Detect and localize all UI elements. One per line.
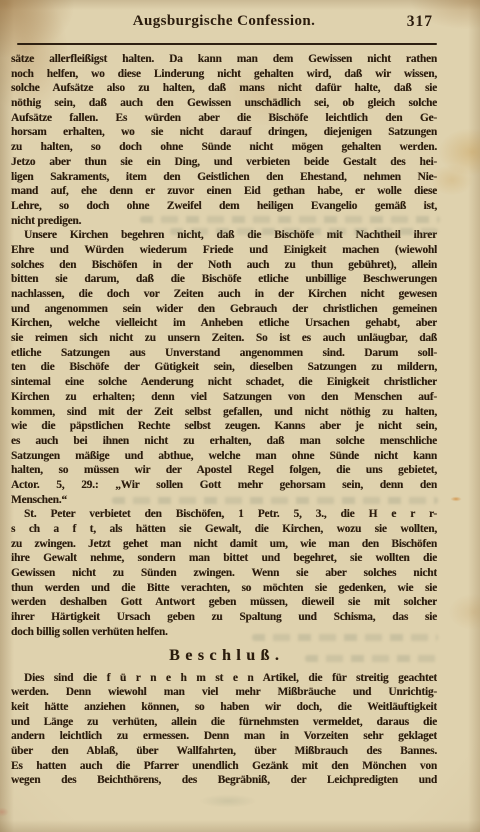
text-line: kommen, sind mit der Zeit selbst gefalle… xyxy=(11,405,437,420)
text-line: wegen des Beichthörens, des Begräbniß, d… xyxy=(11,773,437,788)
text-line: andern leichtlich zu ermessen. Denn man … xyxy=(11,729,437,744)
text-line: noch helfen, wo diese Linderung nicht ge… xyxy=(11,67,437,82)
text-line: nachlassen, die doch vor Zeiten auch in … xyxy=(11,287,437,302)
text-line: Ehre und Würden wiederum Friede und Eini… xyxy=(11,243,437,258)
text-line: solche Aufsätze also zu halten, daß mans… xyxy=(11,81,437,96)
text-line: und angenommen sein wider den Gebrauch d… xyxy=(11,302,437,317)
page-header: Augsburgische Confession. 317 xyxy=(11,13,437,35)
text-line: Dies sind die f ü r n e h m st e n Artik… xyxy=(11,671,437,686)
text-line: thun werden und die Bitte verachten, so … xyxy=(11,581,437,596)
text-line: Actor. 5, 29.: „Wir sollen Gott mehr geh… xyxy=(11,478,437,493)
text-line: Kirchen, welche vielleicht im Anheben et… xyxy=(11,316,437,331)
text-block: sätze allerfleißigst halten. Da kann man… xyxy=(11,52,437,788)
text-line: Kirchen zu erhalten; denn viel Satzungen… xyxy=(11,390,437,405)
text-line: s ch a f t, als hätten sie Gewalt, die K… xyxy=(11,522,437,537)
text-line: keit hätte anziehen können, so haben wir… xyxy=(11,700,437,715)
paragraph: St. Peter verbietet den Bischöfen, 1 Pet… xyxy=(11,507,437,639)
text-line: werden. Denn wiewohl man viel mehr Mißbr… xyxy=(11,685,437,700)
page-number: 317 xyxy=(407,13,433,31)
text-line: es auch bei ihnen nicht zu erhalten, daß… xyxy=(11,434,437,449)
text-line: etliche Satzungen aus Unverstand angenom… xyxy=(11,346,437,361)
text-line: sintemal eine solche Aenderung nicht sch… xyxy=(11,375,437,390)
bleedthrough-mark xyxy=(112,497,438,504)
running-title: Augsburgische Confession. xyxy=(11,13,437,30)
text-line: bitten sie darum, daß die Bischöfe etlic… xyxy=(11,272,437,287)
header-divider-rule xyxy=(17,43,437,45)
text-line: ihrer Härtigkeit Ursach geben zu Spaltun… xyxy=(11,610,437,625)
text-line: zu zwingen. Jetzt gehet man nicht damit … xyxy=(11,537,437,552)
paragraph: Unsere Kirchen begehren nicht, daß die B… xyxy=(11,228,437,507)
text-line: über den Ablaß, über Wallfahrten, über M… xyxy=(11,744,437,759)
text-line: mand auf, ehe denn er zuvor einen Eid ge… xyxy=(11,184,437,199)
text-line: Satzungen mäßige und abthue, welche man … xyxy=(11,449,437,464)
text-line: solches den Bischöfen in der Noth auch z… xyxy=(11,258,437,273)
bleedthrough-mark xyxy=(305,655,437,662)
bleedthrough-mark xyxy=(140,216,440,223)
text-line: Aufsätze fallen. Es würden aber die Bisc… xyxy=(11,111,437,126)
text-line: werden deshalben Gott Antwort geben müss… xyxy=(11,595,437,610)
book-page: Augsburgische Confession. 317 sätze alle… xyxy=(0,0,480,832)
text-line: wie die päpstlichen Rechte selbst zeugen… xyxy=(11,419,437,434)
text-line: ihre Gewalt nehme, sondern man bittet un… xyxy=(11,551,437,566)
bleedthrough-mark xyxy=(252,634,438,641)
text-line: Gewissen nicht zu Sünden zwingen. Wenn s… xyxy=(11,566,437,581)
text-line: St. Peter verbietet den Bischöfen, 1 Pet… xyxy=(11,507,437,522)
text-line: horsam erhalten, wo sie nicht darauf dri… xyxy=(11,125,437,140)
text-line: Jetzo aber thun sie ein Ding, und verbie… xyxy=(11,155,437,170)
text-line: zu halten, so doch ohne Sünde nicht möge… xyxy=(11,140,437,155)
text-line: halten, so müssen wir der Apostel Regel … xyxy=(11,463,437,478)
text-line: Es hatten auch die Pfarrer unendlich Gez… xyxy=(11,759,437,774)
text-line: sie reimen sich nicht zu unsern Zeiten. … xyxy=(11,331,437,346)
text-line: nöthig sein, daß auch den Gewissen unsch… xyxy=(11,96,437,111)
text-line: ligen Sakraments, item den Geistlichen d… xyxy=(11,170,437,185)
text-line: und Länge zu verhüten, allein die fürneh… xyxy=(11,715,437,730)
text-line: Lehre, so doch ohne Zweifel dem heiligen… xyxy=(11,199,437,214)
paragraph: sätze allerfleißigst halten. Da kann man… xyxy=(11,52,437,228)
text-line: ten die Bischöfe der Gütigkeit sein, die… xyxy=(11,360,437,375)
bleedthrough-mark xyxy=(170,228,438,235)
text-line: sätze allerfleißigst halten. Da kann man… xyxy=(11,52,437,67)
paragraph: Dies sind die f ü r n e h m st e n Artik… xyxy=(11,671,437,789)
